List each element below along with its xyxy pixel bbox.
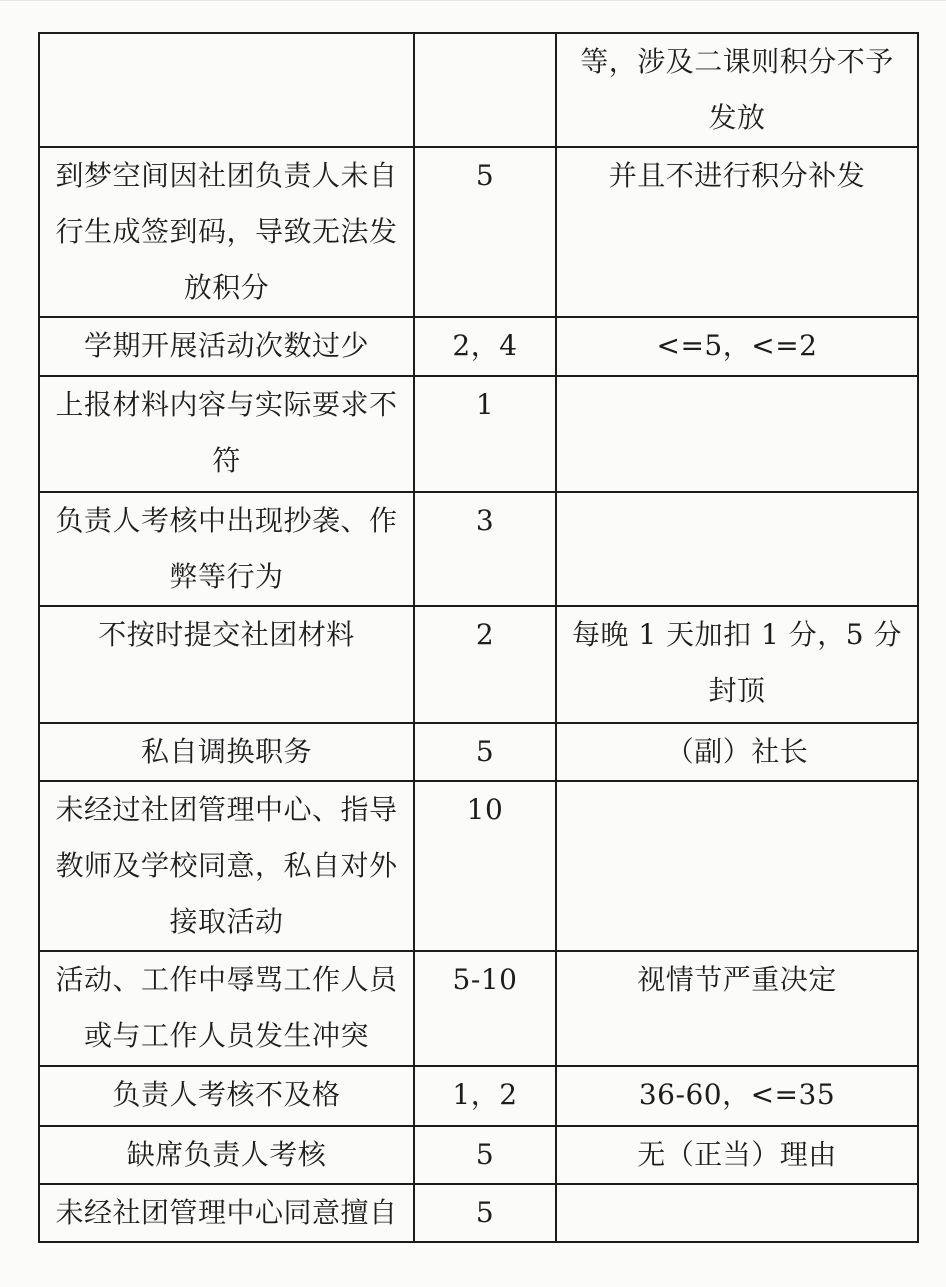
note-cell: <=5，<=2 [556, 317, 918, 376]
points-cell: 10 [414, 781, 556, 951]
violation-cell: 活动、工作中辱骂工作人员 或与工作人员发生冲突 [39, 951, 414, 1066]
note-cell: 无（正当）理由 [556, 1126, 918, 1184]
document-page: 等，涉及二课则积分不予 发放 到梦空间因社团负责人未自 行生成签到码，导致无法发… [0, 1, 946, 1287]
points-cell: 1，2 [414, 1066, 556, 1126]
violation-cell: 不按时提交社团材料 [39, 606, 414, 723]
violation-cell: 私自调换职务 [39, 723, 414, 781]
note-cell: 每晚 1 天加扣 1 分，5 分 封顶 [556, 606, 918, 723]
violation-cell: 到梦空间因社团负责人未自 行生成签到码，导致无法发 放积分 [39, 147, 414, 317]
points-cell: 5 [414, 723, 556, 781]
note-cell [556, 376, 918, 492]
points-cell: 5 [414, 147, 556, 317]
table-row: 等，涉及二课则积分不予 发放 [39, 33, 918, 147]
violation-cell: 学期开展活动次数过少 [39, 317, 414, 376]
note-cell [556, 781, 918, 951]
note-cell: 视情节严重决定 [556, 951, 918, 1066]
table-row: 上报材料内容与实际要求不 符 1 [39, 376, 918, 492]
note-cell [556, 492, 918, 606]
violation-cell: 缺席负责人考核 [39, 1126, 414, 1184]
note-cell: （副）社长 [556, 723, 918, 781]
points-cell: 2 [414, 606, 556, 723]
table-row: 负责人考核中出现抄袭、作 弊等行为 3 [39, 492, 918, 606]
violation-cell: 未经社团管理中心同意擅自 [39, 1184, 414, 1242]
violation-cell: 负责人考核不及格 [39, 1066, 414, 1126]
points-cell: 1 [414, 376, 556, 492]
points-cell: 5 [414, 1126, 556, 1184]
note-cell: 等，涉及二课则积分不予 发放 [556, 33, 918, 147]
table-row: 学期开展活动次数过少 2，4 <=5，<=2 [39, 317, 918, 376]
points-cell: 2，4 [414, 317, 556, 376]
table-row: 不按时提交社团材料 2 每晚 1 天加扣 1 分，5 分 封顶 [39, 606, 918, 723]
violation-cell: 未经过社团管理中心、指导 教师及学校同意，私自对外 接取活动 [39, 781, 414, 951]
violation-cell [39, 33, 414, 147]
table-row: 到梦空间因社团负责人未自 行生成签到码，导致无法发 放积分 5 并且不进行积分补… [39, 147, 918, 317]
table-row: 缺席负责人考核 5 无（正当）理由 [39, 1126, 918, 1184]
violation-cell: 上报材料内容与实际要求不 符 [39, 376, 414, 492]
table-row: 负责人考核不及格 1，2 36-60，<=35 [39, 1066, 918, 1126]
table-row: 私自调换职务 5 （副）社长 [39, 723, 918, 781]
points-cell: 3 [414, 492, 556, 606]
table-row: 未经过社团管理中心、指导 教师及学校同意，私自对外 接取活动 10 [39, 781, 918, 951]
points-cell: 5 [414, 1184, 556, 1242]
note-cell: 36-60，<=35 [556, 1066, 918, 1126]
note-cell [556, 1184, 918, 1242]
points-cell [414, 33, 556, 147]
violation-cell: 负责人考核中出现抄袭、作 弊等行为 [39, 492, 414, 606]
note-cell: 并且不进行积分补发 [556, 147, 918, 317]
table-row: 未经社团管理中心同意擅自 5 [39, 1184, 918, 1242]
points-cell: 5-10 [414, 951, 556, 1066]
club-points-deduction-table: 等，涉及二课则积分不予 发放 到梦空间因社团负责人未自 行生成签到码，导致无法发… [38, 32, 919, 1243]
table-row: 活动、工作中辱骂工作人员 或与工作人员发生冲突 5-10 视情节严重决定 [39, 951, 918, 1066]
